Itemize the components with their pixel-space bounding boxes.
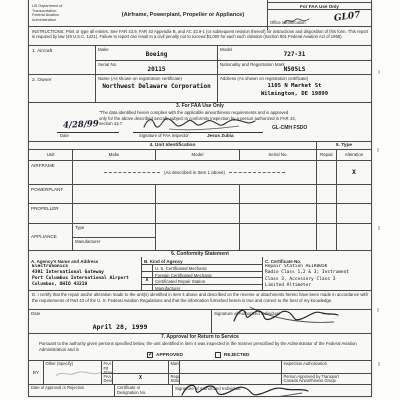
other-specify-label: Other (Specify) <box>46 361 74 366</box>
agency-name-address-label: A. Agency's Name and Address <box>29 257 141 264</box>
approval-signature-cell: Signature of Authorized Individual <box>172 385 371 397</box>
aircraft-model-cell: Model 727-31 <box>217 46 371 60</box>
rejected-checkbox <box>215 352 221 358</box>
owner-row-label: 2. Owner <box>29 75 95 102</box>
aircraft-serial-cell: Serial No. 20115 <box>95 60 217 74</box>
appliance-row-label: APPLIANCE <box>29 223 72 250</box>
col-header-repair: Repair <box>316 149 336 160</box>
authorized-signature-icon <box>230 304 342 328</box>
inspector-name: Jesus Zubia <box>207 133 234 138</box>
appliance-repair-cell <box>316 223 336 250</box>
aircraft-model-value: 727-31 <box>218 51 371 58</box>
faa-use-only-box: For FAA Use Only Office Identification G… <box>267 0 371 30</box>
kind-check-3 <box>141 284 152 291</box>
propeller-model-cell <box>155 203 239 223</box>
faa-use-section: "The data identified herein complies wit… <box>29 109 371 141</box>
office-identification-value: GL07 <box>334 10 362 24</box>
approved-label: APPROVED <box>156 353 183 358</box>
faa-flt-standards-cell: FAA Flt Standards Inspector <box>101 361 112 373</box>
unit-identification-table: 4. Unit Identification 5. Type Unit Make… <box>29 141 371 250</box>
powerplant-make-cell <box>72 184 155 203</box>
rejected-choice: REJECTED <box>215 352 250 358</box>
date-label: Date <box>60 133 69 138</box>
approval-cert-cell: Certificate or Designation No. AE1R005K <box>114 385 172 397</box>
airframe-alteration-check: X <box>336 160 371 184</box>
inspector-signature-label: Signature of FAA Inspector <box>139 133 189 138</box>
dept-transportation-block: US Department of Transportation Federal … <box>29 0 99 30</box>
scan-noise-mark <box>377 308 379 312</box>
approval-choices: ✓ APPROVED REJECTED <box>147 352 250 358</box>
scan-noise-mark <box>378 226 380 230</box>
approval-date-label: Date of Approval or Rejection <box>29 385 114 392</box>
propeller-repair-cell <box>316 203 336 223</box>
by-label: BY <box>29 361 43 384</box>
propeller-alteration-cell <box>336 203 371 223</box>
propeller-make-cell <box>72 203 155 223</box>
appliance-manufacturer-label: Manufacturer <box>73 237 155 251</box>
col-header-unit: Unit <box>29 149 72 160</box>
agency-name-address-value: ElectroSonics 4391 International Gateway… <box>29 264 141 290</box>
certificate-no-value: Repair Station AE1R005K Radio Class 1,2 … <box>262 264 371 290</box>
scan-noise-mark <box>378 70 380 74</box>
kind-label-3: Manufacturer <box>152 284 262 291</box>
powerplant-serial-cell <box>239 184 316 203</box>
rejected-label: REJECTED <box>224 353 250 358</box>
approval-date-cell: Date of Approval or Rejection 4-28-99 <box>29 385 114 397</box>
fsdo-office: GL-CMH FSDO <box>272 125 307 131</box>
dashed-line <box>229 172 285 173</box>
approved-checkbox: ✓ <box>147 352 153 358</box>
section-7-header: 7. Approval for Return to Service <box>29 333 371 340</box>
conformity-signature-row: Date April 28, 1999 Signature of Authori… <box>29 309 371 333</box>
col-header-make: Make <box>72 149 155 160</box>
scanned-document: US Department of Transportation Federal … <box>0 0 400 400</box>
conformity-date-label: Date <box>29 310 211 317</box>
owner-address-value: 1105 N Market St Wilmington, DE 19899 <box>218 83 371 99</box>
approval-bottom-row: Date of Approval or Rejection 4-28-99 Ce… <box>29 384 371 397</box>
approval-date-value: 4-28-99 <box>37 396 72 397</box>
aircraft-section: 1. Aircraft Make Boeing Model 727-31 Ser… <box>29 45 371 74</box>
handwritten-scribble-icon <box>282 15 312 27</box>
form-subtitle-wrap: (Airframe, Powerplant, Propeller or Appl… <box>99 0 267 30</box>
owner-section: 2. Owner Name (As shown on registration … <box>29 74 371 102</box>
faa-form-337: US Department of Transportation Federal … <box>28 0 372 397</box>
for-faa-use-only-label: For FAA Use Only <box>268 3 371 10</box>
conformity-grid: A. Agency's Name and Address B. Kind of … <box>29 257 371 290</box>
appliance-serial-cell <box>239 223 316 250</box>
appliance-type-label: Type <box>73 224 155 237</box>
approval-section: Pursuant to the authority given persons … <box>29 340 371 360</box>
inspection-auth-checkbox-cell <box>179 361 281 373</box>
scan-noise-mark <box>378 362 380 366</box>
faa-use-date-handwritten: 4/28/99 <box>63 119 99 131</box>
repair-station-checkbox-cell: X <box>112 373 168 385</box>
inspection-authorization-cell: Inspection Authorization <box>281 361 371 373</box>
owner-name-value: Northwest Delaware Corporation <box>96 83 217 90</box>
aircraft-serial-value: 20115 <box>96 66 217 73</box>
approval-statement: Pursuant to the authority given persons … <box>29 340 371 352</box>
appliance-type-mfr-cell: Type Manufacturer <box>72 223 155 250</box>
approved-choice: ✓ APPROVED <box>147 352 183 358</box>
airframe-repair-cell <box>316 160 336 184</box>
faa-designee-cell: FAA Designee <box>101 373 112 385</box>
aircraft-make-cell: Make Boeing <box>95 46 217 60</box>
owner-name-label: Name (As shown on registration certifica… <box>96 75 217 82</box>
conformity-date-cell: Date April 28, 1999 <box>29 310 211 333</box>
approval-cert-label: Certificate or Designation No. <box>115 385 172 396</box>
approval-cert-value: AE1R005K <box>115 396 172 397</box>
scan-noise-mark <box>377 148 379 152</box>
faint-stamp-scribble-icon <box>52 367 101 381</box>
form-header: US Department of Transportation Federal … <box>29 0 371 26</box>
form-subtitle: (Airframe, Powerplant, Propeller or Appl… <box>122 12 245 18</box>
owner-name-cell: Name (As shown on registration certifica… <box>95 75 217 102</box>
conformity-date-value: April 28, 1999 <box>29 323 211 331</box>
other-specify-cell: Other (Specify) <box>43 361 101 384</box>
propeller-serial-cell <box>239 203 316 223</box>
section-5-type-header: 5. Type <box>316 142 371 149</box>
manufacturer-checkbox-cell <box>112 361 168 373</box>
aircraft-make-value: Boeing <box>96 51 217 58</box>
powerplant-model-cell <box>155 184 239 203</box>
airframe-note: (As described in Item 1 above) <box>164 170 225 175</box>
dashed-line <box>104 172 160 173</box>
section-6-header: 6. Conformity Statement <box>29 250 371 257</box>
powerplant-alteration-cell <box>336 184 371 203</box>
section-3-header: 3. For FAA Use Only <box>29 102 371 109</box>
owner-address-label: Address (As shown on registration certif… <box>218 75 371 82</box>
certificate-no-label: C. Certificate No. <box>262 257 371 264</box>
col-header-serial: Serial No. <box>239 149 316 160</box>
aircraft-row-label: 1. Aircraft <box>29 46 95 74</box>
appliance-model-cell <box>155 223 239 250</box>
appliance-alteration-cell <box>336 223 371 250</box>
powerplant-repair-cell <box>316 184 336 203</box>
conformity-signature-cell: Signature of Authorized Individual <box>211 310 371 333</box>
col-header-alteration: Alteration <box>336 149 371 160</box>
inspector-signature-icon <box>141 116 259 132</box>
owner-address-cell: Address (As shown on registration certif… <box>217 75 371 102</box>
manufacturer-cell: Manufacturer <box>168 361 179 373</box>
office-identification-cell: Office Identification GL07 <box>268 10 371 30</box>
airframe-row-label: AIRFRAME <box>29 160 72 184</box>
kind-of-agency-label: B. Kind of Agency <box>141 257 262 264</box>
section-4-header: 4. Unit Identification <box>29 142 316 149</box>
propeller-row-label: PROPELLER <box>29 203 72 223</box>
aircraft-registration-value: N505LS <box>218 66 371 73</box>
powerplant-row-label: POWERPLANT <box>29 184 72 203</box>
col-header-model: Model <box>155 149 239 160</box>
aircraft-registration-cell: Nationality and Registration Mark N505LS <box>217 60 371 74</box>
airframe-description-cell: (As described in Item 1 above) <box>72 160 316 184</box>
approval-signature-icon <box>177 380 312 397</box>
